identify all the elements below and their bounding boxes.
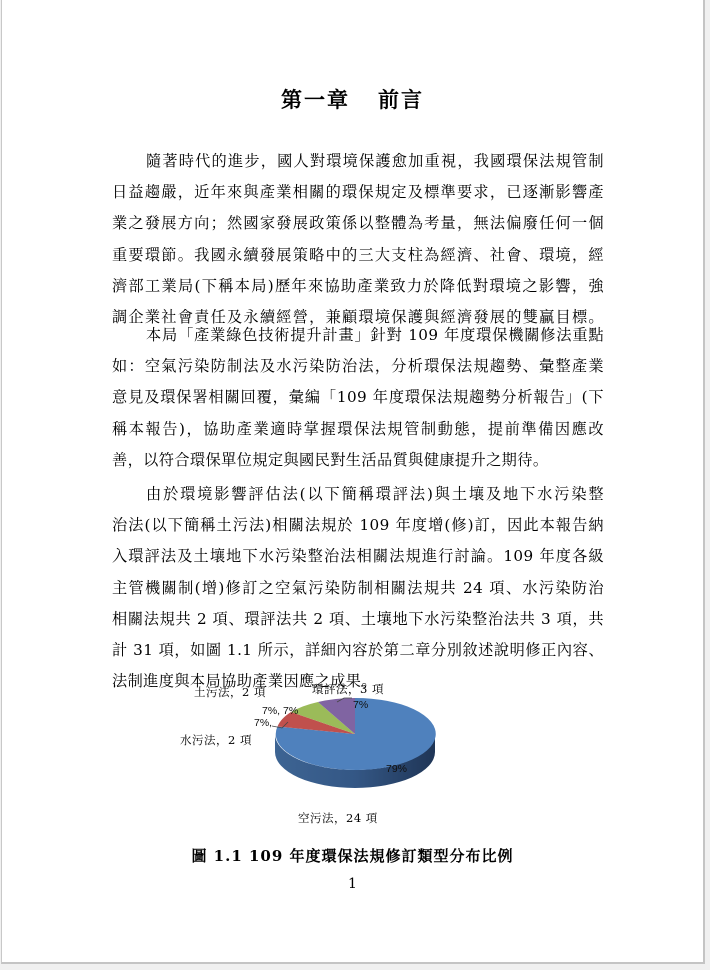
text-line: 濟部工業局(下稱本局)歷年來協助產業致力於降低對環境之影響，強 bbox=[112, 271, 604, 302]
pct-air: 79% bbox=[386, 763, 407, 775]
chapter-number: 第一章 bbox=[281, 87, 350, 112]
paragraph-3: 由於環境影響評估法(以下簡稱環評法)與土壤及地下水污染整 治法(以下簡稱土污法)… bbox=[112, 479, 604, 697]
paragraph-1: 隨著時代的進步，國人對環境保護愈加重視，我國環保法規管制 日益趨嚴，近年來與產業… bbox=[112, 146, 604, 333]
label-air: 空污法，24 項 bbox=[298, 810, 378, 826]
label-soil: 土污法，2 項 bbox=[194, 684, 266, 700]
text-line: 隨著時代的進步，國人對環境保護愈加重視，我國環保法規管制 bbox=[112, 146, 604, 177]
text-line: 如：空氣污染防制法及水污染防治法，分析環保法規趨勢、彙整產業 bbox=[112, 351, 604, 382]
chapter-name: 前言 bbox=[378, 87, 424, 112]
document-page: 第一章前言 隨著時代的進步，國人對環境保護愈加重視，我國環保法規管制 日益趨嚴，… bbox=[1, 0, 705, 964]
text-line: 計 31 項，如圖 1.1 所示，詳細內容於第二章分別敘述說明修正內容、 bbox=[112, 635, 604, 666]
pct-eia: 7% bbox=[353, 699, 368, 711]
text-line: 善，以符合環保單位規定與國民對生活品質與健康提升之期待。 bbox=[112, 445, 604, 476]
label-eia: 環評法，3 項 bbox=[312, 681, 384, 697]
pie-chart: 土污法，2 項 環評法，3 項 水污法，2 項 空污法，24 項 7%, 7% … bbox=[172, 676, 472, 826]
text-line: 意見及環保署相關回覆，彙編「109 年度環保法規趨勢分析報告」(下 bbox=[112, 382, 604, 413]
text-line: 入環評法及土壤地下水污染整治法相關法規進行討論。109 年度各級 bbox=[112, 541, 604, 572]
chapter-title: 第一章前言 bbox=[2, 84, 703, 114]
text-line: 由於環境影響評估法(以下簡稱環評法)與土壤及地下水污染整 bbox=[112, 479, 604, 510]
text-line: 相關法規共 2 項、環評法共 2 項、土壤地下水污染整治法共 3 項，共 bbox=[112, 604, 604, 635]
text-line: 主管機關制(增)修訂之空氣污染防制相關法規共 24 項、水污染防治 bbox=[112, 573, 604, 604]
text-line: 本局「產業綠色技術提升計畫」針對 109 年度環保機關修法重點 bbox=[112, 320, 604, 351]
paragraph-2: 本局「產業綠色技術提升計畫」針對 109 年度環保機關修法重點 如：空氣污染防制… bbox=[112, 320, 604, 476]
text-line: 稱本報告)，協助產業適時掌握環保法規管制動態，提前準備因應改 bbox=[112, 414, 604, 445]
label-water: 水污法，2 項 bbox=[180, 732, 252, 748]
page-number: 1 bbox=[2, 876, 703, 892]
text-line: 業之發展方向；然國家發展政策係以整體為考量，無法偏廢任何一個 bbox=[112, 208, 604, 239]
text-line: 重要環節。我國永續發展策略中的三大支柱為經濟、社會、環境，經 bbox=[112, 240, 604, 271]
text-line: 治法(以下簡稱土污法)相關法規於 109 年度增(修)訂，因此本報告納 bbox=[112, 510, 604, 541]
figure-caption: 圖 1.1 109 年度環保法規修訂類型分布比例 bbox=[2, 845, 703, 866]
text-line: 日益趨嚴，近年來與產業相關的環保規定及標準要求，已逐漸影響產 bbox=[112, 177, 604, 208]
pct-water: 7%, bbox=[254, 717, 272, 729]
pct-soil: 7%, 7% bbox=[262, 705, 298, 717]
